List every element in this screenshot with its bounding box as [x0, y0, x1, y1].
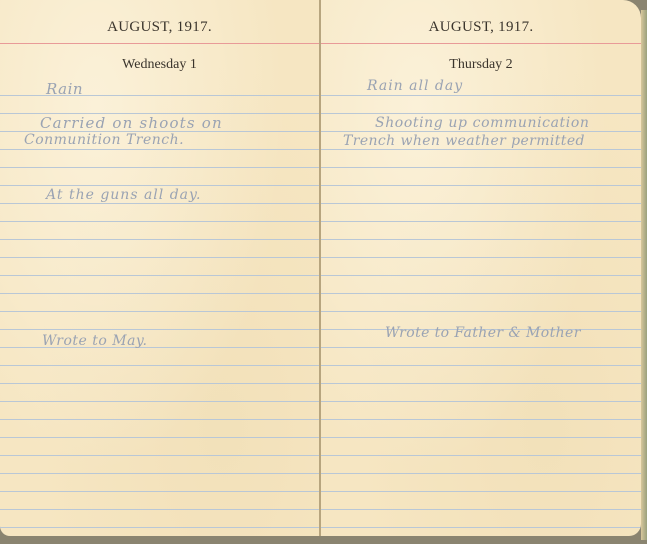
handwritten-entry: Carried on shoots on	[40, 114, 223, 132]
day-header: Thursday 2	[321, 57, 641, 73]
handwritten-entry: At the guns all day.	[46, 187, 202, 203]
red-header-rule	[321, 43, 641, 44]
handwritten-entry: Trench when weather permitted	[343, 133, 585, 149]
handwritten-entry: Conmunition Trench.	[24, 132, 184, 148]
month-header: AUGUST, 1917.	[0, 19, 319, 36]
diary-spread: AUGUST, 1917. Wednesday 1 Rain Carried o…	[0, 0, 647, 544]
page-edge	[641, 10, 647, 540]
red-header-rule	[0, 43, 319, 44]
month-header: AUGUST, 1917.	[321, 19, 641, 36]
handwritten-entry: Rain	[46, 80, 83, 98]
left-page: AUGUST, 1917. Wednesday 1 Rain Carried o…	[0, 0, 319, 536]
handwritten-entry: Wrote to May.	[42, 333, 147, 349]
handwritten-entry: Shooting up communication	[375, 115, 590, 131]
right-page: AUGUST, 1917. Thursday 2 Rain all day Sh…	[321, 0, 641, 536]
handwritten-entry: Wrote to Father & Mother	[385, 325, 581, 341]
day-header: Wednesday 1	[0, 57, 319, 73]
handwritten-entry: Rain all day	[367, 78, 463, 94]
